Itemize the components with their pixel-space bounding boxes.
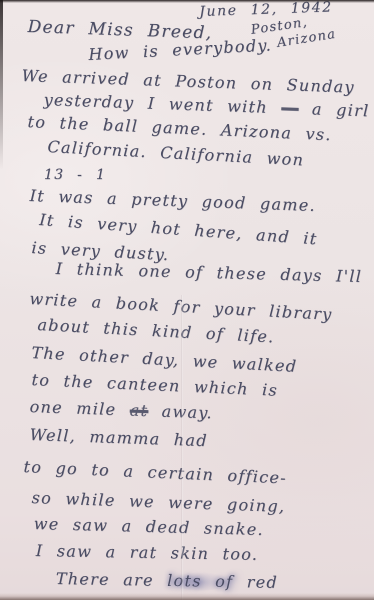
smudged-words: lots of [167,571,233,591]
scan-edge-top [0,0,374,3]
paper-fold-crease [181,295,184,600]
letter-line: we saw a dead snake. [34,514,265,539]
letter-line: I think one of these days I'll [56,259,363,286]
letter-line: It was a pretty good game. [29,186,316,215]
scan-edge-bottom [0,593,374,600]
letter-line: about this kind of life. [37,315,275,346]
letter-line: one mile at away. [29,397,213,422]
letter-line: so while we were going, [31,488,285,516]
crossed-out-word: at [129,400,148,420]
letter-line: to go to a certain office- [23,457,287,487]
letter-line: to the canteen which is [31,370,278,400]
letter-line: There are lots of red [56,569,278,592]
letter-line: 13 - 1 [44,167,106,183]
scan-edge-left [0,0,3,170]
crossed-out-word: — [281,98,299,118]
letter-line: I saw a rat skin too. [36,541,259,564]
letter-page: June 12, 1942 Poston, Arizona Dear Miss … [0,0,374,600]
letter-line: California. California won [47,137,305,169]
